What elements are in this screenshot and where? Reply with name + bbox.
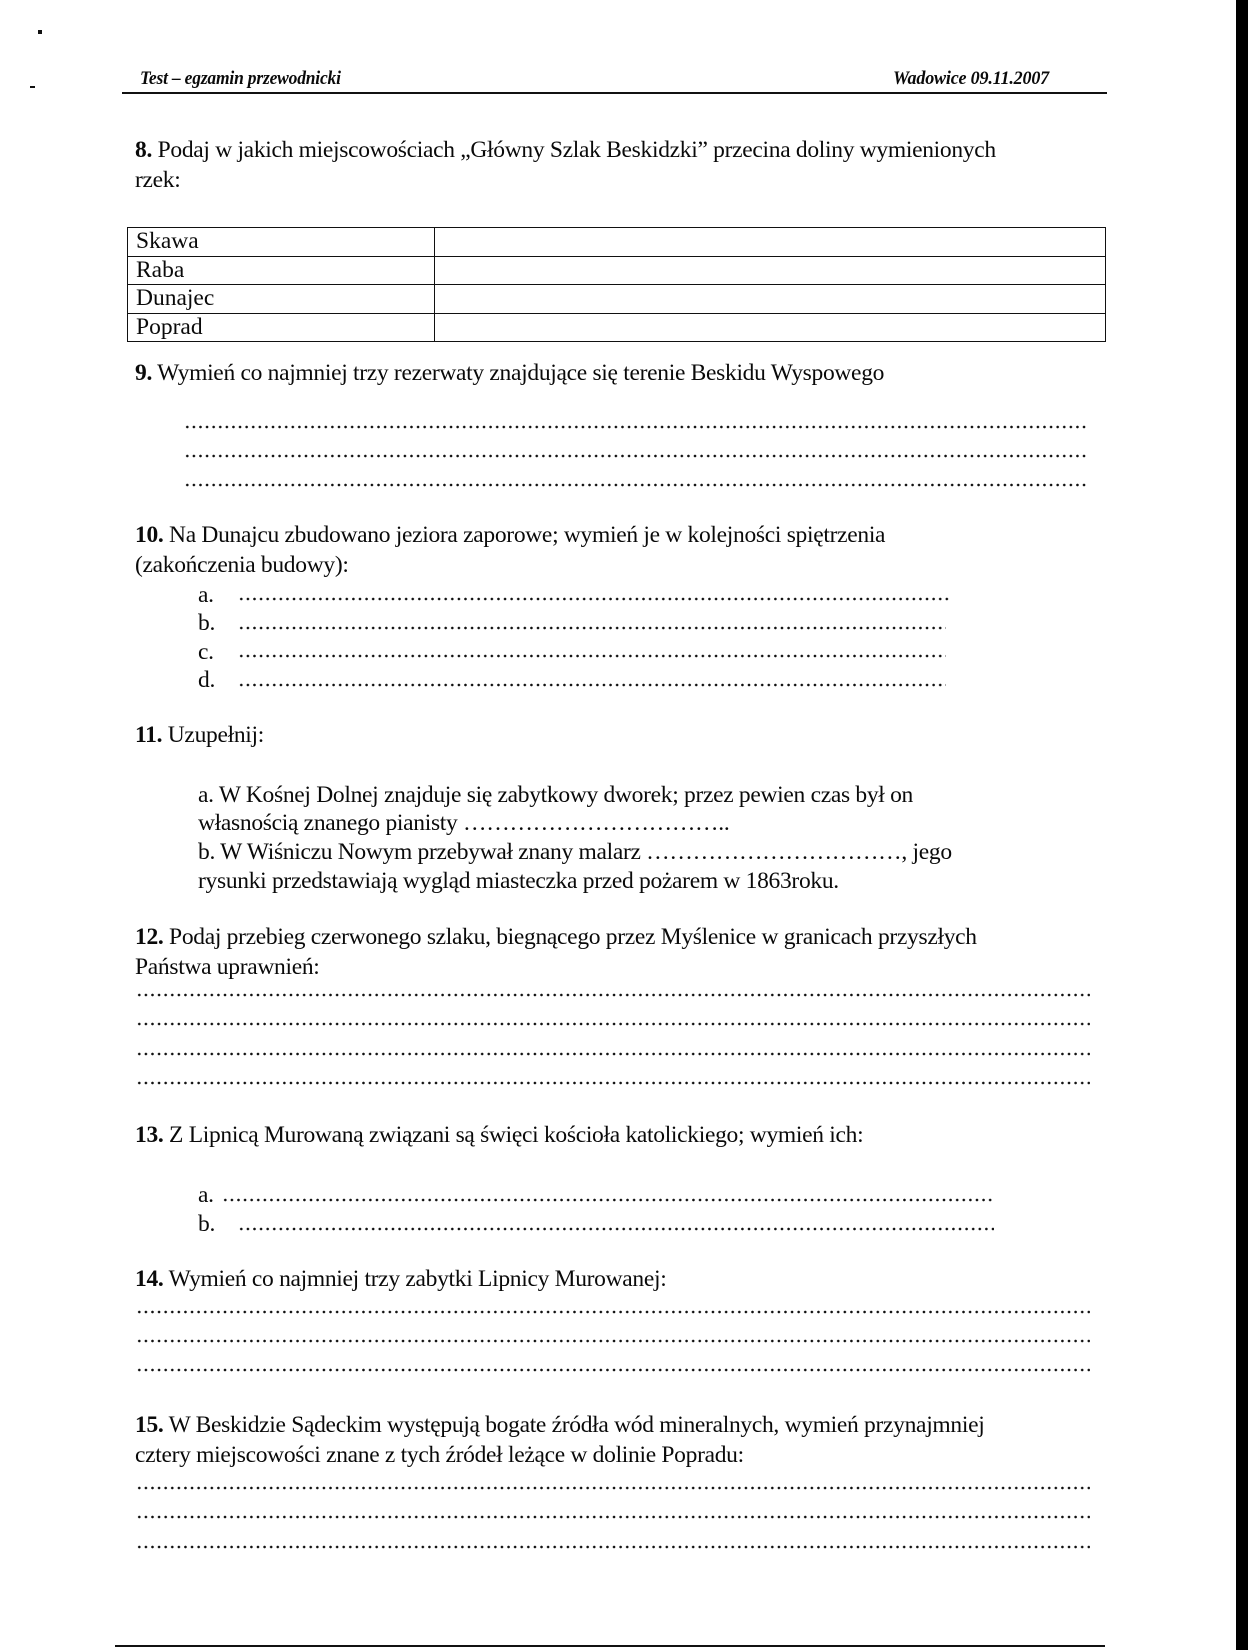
- answer-line[interactable]: [136, 1515, 1090, 1519]
- answer-line[interactable]: [136, 1486, 1090, 1490]
- answer-line[interactable]: [238, 626, 946, 630]
- answer-line[interactable]: [136, 1545, 1090, 1549]
- question-number: 11.: [135, 722, 162, 748]
- item-label: a.: [198, 1180, 214, 1210]
- question-text: Uzupełnij:: [162, 722, 264, 748]
- answer-line[interactable]: [136, 1052, 1090, 1056]
- scan-speck: [38, 30, 42, 34]
- answer-cell[interactable]: [435, 228, 1106, 257]
- answer-cell[interactable]: [435, 256, 1106, 285]
- river-name: Poprad: [128, 313, 435, 342]
- question-13: 13. Z Lipnicą Murowaną związani są święc…: [135, 1120, 863, 1150]
- question-11-b[interactable]: b. W Wiśniczu Nowym przebywał znany mala…: [198, 837, 952, 867]
- answer-line[interactable]: [184, 454, 1086, 458]
- question-text: Z Lipnicą Murowaną związani są święci ko…: [163, 1122, 863, 1148]
- question-text: Wymień co najmniej trzy rezerwaty znajdu…: [152, 360, 884, 386]
- answer-line[interactable]: [184, 425, 1086, 429]
- answer-line[interactable]: [222, 1198, 992, 1202]
- answer-line[interactable]: [136, 1339, 1090, 1343]
- answer-line[interactable]: [238, 597, 952, 601]
- question-15-cont: cztery miejscowości znane z tych źródeł …: [135, 1440, 744, 1470]
- answer-line[interactable]: [238, 1227, 994, 1231]
- table-row: Poprad: [128, 313, 1106, 342]
- question-10: 10. Na Dunajcu zbudowano jeziora zaporow…: [135, 520, 885, 550]
- answer-line[interactable]: [238, 654, 946, 658]
- question-number: 8.: [135, 137, 152, 163]
- question-number: 9.: [135, 360, 152, 386]
- question-text: Wymień co najmniej trzy zabytki Lipnicy …: [163, 1266, 666, 1292]
- question-15: 15. W Beskidzie Sądeckim występują bogat…: [135, 1410, 984, 1440]
- table-row: Raba: [128, 256, 1106, 285]
- question-10-cont: (zakończenia budowy):: [135, 550, 349, 580]
- question-12: 12. Podaj przebieg czerwonego szlaku, bi…: [135, 922, 977, 952]
- answer-line[interactable]: [136, 1022, 1090, 1026]
- item-label: a.: [198, 580, 214, 610]
- table-row: Skawa: [128, 228, 1106, 257]
- document-place-date: Wadowice 09.11.2007: [893, 68, 1049, 90]
- question-text: W Beskidzie Sądeckim występują bogate źr…: [163, 1412, 984, 1438]
- answer-line[interactable]: [184, 483, 1086, 487]
- question-11: 11. Uzupełnij:: [135, 720, 264, 750]
- scan-speck: [30, 86, 35, 88]
- river-name: Dunajec: [128, 285, 435, 314]
- answer-cell[interactable]: [435, 313, 1106, 342]
- question-11-b-cont: rysunki przedstawiają wygląd miasteczka …: [198, 866, 839, 896]
- scan-edge-bar: [1236, 0, 1248, 1650]
- river-name: Raba: [128, 256, 435, 285]
- question-11-a: a. W Kośnej Dolnej znajduje się zabytkow…: [198, 780, 913, 810]
- question-number: 13.: [135, 1122, 163, 1148]
- item-label: d.: [198, 665, 215, 695]
- question-12-cont: Państwa uprawnień:: [135, 952, 320, 982]
- footer-rule: [115, 1645, 1105, 1647]
- item-label: c.: [198, 637, 214, 667]
- question-number: 10.: [135, 522, 163, 548]
- table-row: Dunajec: [128, 285, 1106, 314]
- answer-cell[interactable]: [435, 285, 1106, 314]
- question-9: 9. Wymień co najmniej trzy rezerwaty zna…: [135, 358, 884, 388]
- question-number: 12.: [135, 924, 163, 950]
- question-number: 15.: [135, 1412, 163, 1438]
- answer-line[interactable]: [136, 993, 1090, 997]
- question-8: 8. Podaj w jakich miejscowościach „Główn…: [135, 135, 996, 165]
- answer-line[interactable]: [136, 1081, 1090, 1085]
- question-14: 14. Wymień co najmniej trzy zabytki Lipn…: [135, 1264, 666, 1294]
- document-title: Test – egzamin przewodnicki: [140, 68, 341, 90]
- question-11-a-cont[interactable]: własnością znanego pianisty …………………………….…: [198, 808, 729, 838]
- question-text: Podaj przebieg czerwonego szlaku, biegną…: [163, 924, 976, 950]
- answer-line[interactable]: [136, 1310, 1090, 1314]
- question-8-cont: rzek:: [135, 165, 180, 195]
- question-number: 14.: [135, 1266, 163, 1292]
- header-rule: [122, 92, 1107, 94]
- answer-line[interactable]: [238, 683, 946, 687]
- item-label: b.: [198, 1209, 215, 1239]
- rivers-table: Skawa Raba Dunajec Poprad: [127, 227, 1106, 342]
- river-name: Skawa: [128, 228, 435, 257]
- item-label: b.: [198, 608, 215, 638]
- question-text: Podaj w jakich miejscowościach „Główny S…: [152, 137, 996, 163]
- question-text: Na Dunajcu zbudowano jeziora zaporowe; w…: [163, 522, 885, 548]
- answer-line[interactable]: [136, 1368, 1090, 1372]
